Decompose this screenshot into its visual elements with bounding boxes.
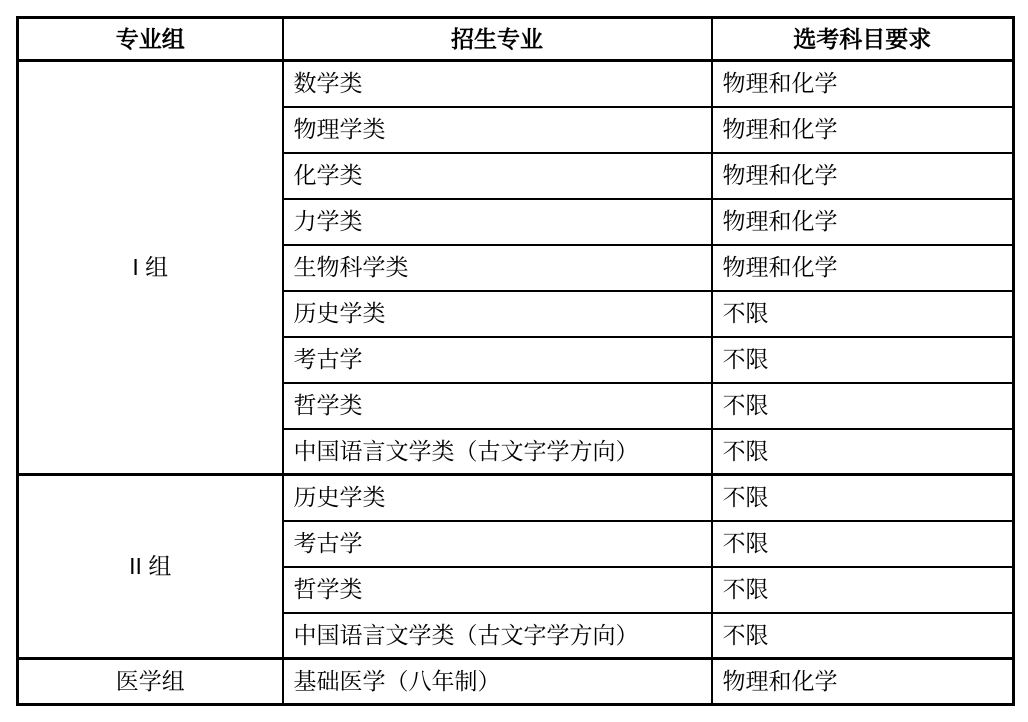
header-cell-group: 专业组 [18, 18, 283, 61]
major-cell: 物理学类 [283, 107, 712, 153]
major-cell: 基础医学（八年制） [283, 659, 712, 705]
table-row: II 组 历史学类 不限 [18, 475, 1014, 521]
requirement-cell: 不限 [712, 337, 1014, 383]
requirement-cell: 不限 [712, 567, 1014, 613]
requirement-cell: 物理和化学 [712, 245, 1014, 291]
table-row: I 组 数学类 物理和化学 [18, 61, 1014, 107]
group-cell-medical: 医学组 [18, 659, 283, 705]
requirement-cell: 不限 [712, 613, 1014, 659]
major-cell: 历史学类 [283, 475, 712, 521]
major-cell: 生物科学类 [283, 245, 712, 291]
group-cell-1: I 组 [18, 61, 283, 475]
admission-majors-table: 专业组 招生专业 选考科目要求 I 组 数学类 物理和化学 物理学类 物理和化学… [16, 16, 1015, 706]
requirement-cell: 物理和化学 [712, 107, 1014, 153]
header-cell-major: 招生专业 [283, 18, 712, 61]
requirement-cell: 不限 [712, 291, 1014, 337]
requirement-cell: 不限 [712, 521, 1014, 567]
requirement-cell: 不限 [712, 429, 1014, 475]
major-cell: 考古学 [283, 337, 712, 383]
requirement-cell: 物理和化学 [712, 659, 1014, 705]
requirement-cell: 物理和化学 [712, 199, 1014, 245]
major-cell: 力学类 [283, 199, 712, 245]
header-cell-requirement: 选考科目要求 [712, 18, 1014, 61]
requirement-cell: 不限 [712, 383, 1014, 429]
major-cell: 哲学类 [283, 567, 712, 613]
table-row: 医学组 基础医学（八年制） 物理和化学 [18, 659, 1014, 705]
major-cell: 哲学类 [283, 383, 712, 429]
group-cell-2: II 组 [18, 475, 283, 659]
major-cell: 考古学 [283, 521, 712, 567]
major-cell: 中国语言文学类（古文字学方向） [283, 429, 712, 475]
requirement-cell: 物理和化学 [712, 61, 1014, 107]
page: 专业组 招生专业 选考科目要求 I 组 数学类 物理和化学 物理学类 物理和化学… [0, 0, 1028, 722]
requirement-cell: 不限 [712, 475, 1014, 521]
header-row: 专业组 招生专业 选考科目要求 [18, 18, 1014, 61]
major-cell: 化学类 [283, 153, 712, 199]
major-cell: 数学类 [283, 61, 712, 107]
requirement-cell: 物理和化学 [712, 153, 1014, 199]
major-cell: 中国语言文学类（古文字学方向） [283, 613, 712, 659]
major-cell: 历史学类 [283, 291, 712, 337]
